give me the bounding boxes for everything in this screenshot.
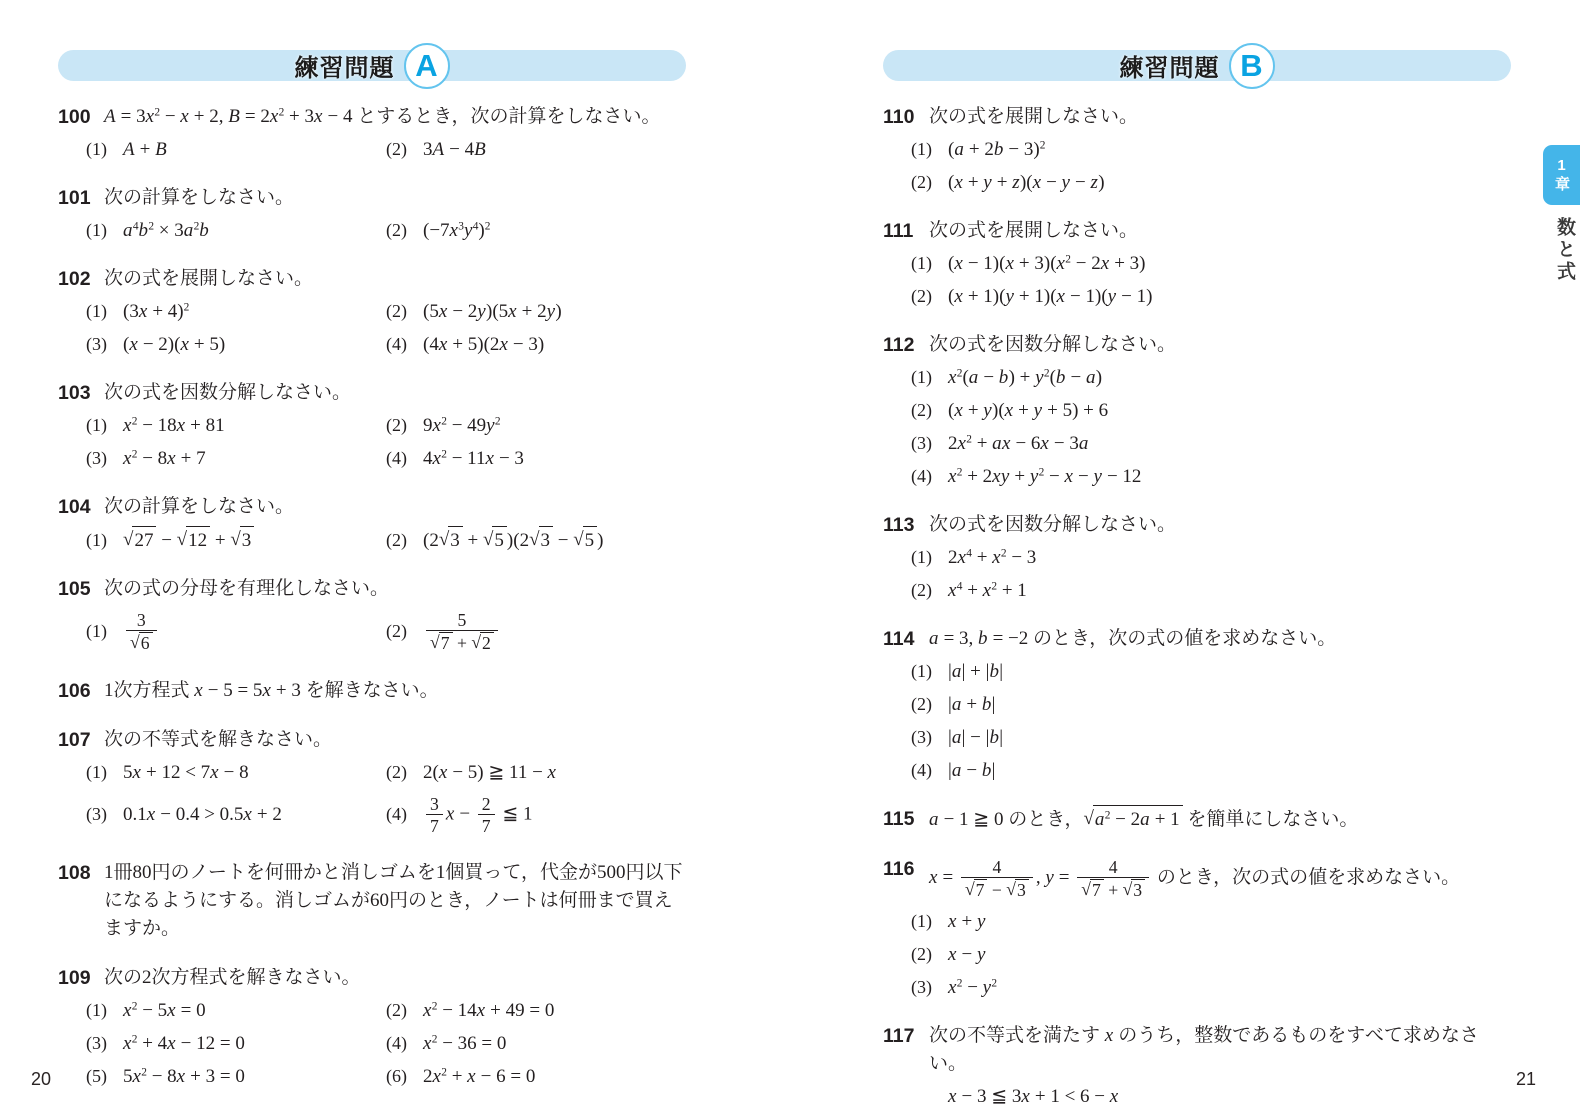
item-label: (3) — [86, 1030, 123, 1057]
problem-items: x − 3 ≦ 3x + 1 < 6 − x — [911, 1083, 1511, 1110]
right-page: 練習問題 B 110次の式を展開しなさい。(1)(a + 2b − 3)2(2)… — [883, 50, 1511, 1110]
item-expression: 2x4 + x2 − 3 — [948, 544, 1511, 571]
problem-101: 101次の計算をしなさい。(1)a4b2 × 3a2b(2)(−7x3y4)2 — [58, 184, 686, 244]
sqrt: √6 — [130, 632, 153, 653]
item-label: (1) — [86, 759, 123, 786]
item-expression: x + y — [948, 908, 1511, 935]
problem-item: (2)(5x − 2y)(5x + 2y) — [386, 298, 686, 325]
problem-stem: 1冊80円のノートを何冊かと消しゴムを1個買って，代金が500円以下になるように… — [104, 859, 686, 943]
problem-113: 113次の式を因数分解しなさい。(1)2x4 + x2 − 3(2)x4 + x… — [883, 511, 1511, 604]
item-expression: x2 + 4x − 12 = 0 — [123, 1030, 386, 1057]
right-problem-list: 110次の式を展開しなさい。(1)(a + 2b − 3)2(2)(x + y … — [883, 103, 1511, 1110]
problem-item: (4)37x − 27 ≦ 1 — [386, 792, 686, 839]
sqrt: √7 — [430, 632, 453, 653]
problem-items: (1)a4b2 × 3a2b(2)(−7x3y4)2 — [86, 217, 686, 244]
problem-item: (4)x2 − 36 = 0 — [386, 1030, 686, 1057]
problem-number: 111 — [883, 217, 929, 245]
practice-header-title: 練習問題 — [295, 48, 395, 83]
problem-item: (5)5x2 − 8x + 3 = 0 — [86, 1063, 386, 1090]
item-expression: |a| − |b| — [948, 724, 1511, 751]
item-label: (6) — [386, 1063, 423, 1090]
item-label: (5) — [86, 1063, 123, 1090]
item-expression: (x + y + z)(x − y − z) — [948, 169, 1511, 196]
problem-items: (1)(3x + 4)2(2)(5x − 2y)(5x + 2y)(3)(x −… — [86, 298, 686, 358]
item-expression: a4b2 × 3a2b — [123, 217, 386, 244]
sqrt: √12 — [177, 526, 210, 554]
problem-item: (2)x − y — [911, 941, 1511, 968]
problem-item: (6)2x2 + x − 6 = 0 — [386, 1063, 686, 1090]
sqrt: √5 — [483, 526, 507, 554]
item-expression: x2 + 2xy + y2 − x − y − 12 — [948, 463, 1511, 490]
fraction: 5√7 + √2 — [426, 610, 498, 654]
problem-item: (3)x2 − 8x + 7 — [86, 445, 386, 472]
problem-114: 114a = 3, b = −2 のとき，次の式の値を求めなさい。(1)|a| … — [883, 625, 1511, 784]
item-expression: x2 − 14x + 49 = 0 — [423, 997, 686, 1024]
item-label: (2) — [386, 136, 423, 163]
problem-items: (1)|a| + |b|(2)|a + b|(3)|a| − |b|(4)|a … — [911, 658, 1511, 784]
item-label: (1) — [86, 217, 123, 244]
item-expression: 5√7 + √2 — [423, 608, 686, 656]
problem-stem: x = 4√7 − √3, y = 4√7 + √3 のとき，次の式の値を求めな… — [929, 855, 1511, 903]
problem-stem: 次の式を展開しなさい。 — [929, 103, 1511, 131]
item-label: (3) — [86, 445, 123, 472]
problem-items: (1)x2(a − b) + y2(b − a)(2)(x + y)(x + y… — [911, 364, 1511, 490]
practice-header-title: 練習問題 — [1120, 48, 1220, 83]
problem-item: (4)(4x + 5)(2x − 3) — [386, 331, 686, 358]
problem-stem: 次の不等式を解きなさい。 — [104, 726, 686, 754]
practice-badge-b: B — [1229, 43, 1275, 89]
item-expression: (−7x3y4)2 — [423, 217, 686, 244]
fraction: 4√7 + √3 — [1077, 857, 1149, 901]
problem-item: (2)x2 − 14x + 49 = 0 — [386, 997, 686, 1024]
problem-item: (1)(x − 1)(x + 3)(x2 − 2x + 3) — [911, 250, 1511, 277]
problem-stem: 次の式を展開しなさい。 — [929, 217, 1511, 245]
item-expression: 5x + 12 < 7x − 8 — [123, 759, 386, 786]
problem-110: 110次の式を展開しなさい。(1)(a + 2b − 3)2(2)(x + y … — [883, 103, 1511, 196]
item-expression: 0.1x − 0.4 > 0.5x + 2 — [123, 801, 386, 828]
problem-stem: A = 3x2 − x + 2, B = 2x2 + 3x − 4 とするとき，… — [104, 103, 686, 131]
problem-stem: a − 1 ≧ 0 のとき，√a2 − 2a + 1 を簡単にしなさい。 — [929, 805, 1511, 834]
problem-number: 107 — [58, 726, 104, 754]
item-label: (3) — [86, 331, 123, 358]
problem-stem: 次の式を因数分解しなさい。 — [929, 511, 1511, 539]
problem-items: (1)x2 − 18x + 81(2)9x2 − 49y2(3)x2 − 8x … — [86, 412, 686, 472]
problem-item: (1)a4b2 × 3a2b — [86, 217, 386, 244]
sqrt: √5 — [573, 526, 597, 554]
item-label: (2) — [386, 759, 423, 786]
item-label: (1) — [911, 908, 948, 935]
item-expression: (x − 2)(x + 5) — [123, 331, 386, 358]
page-number-right: 21 — [1516, 1069, 1536, 1090]
problem-item: (3)|a| − |b| — [911, 724, 1511, 751]
problem-item: (1)√27 − √12 + √3 — [86, 526, 386, 554]
problem-number: 101 — [58, 184, 104, 212]
chapter-number-chip: 1章 — [1543, 145, 1580, 205]
item-label: (2) — [911, 691, 948, 718]
problem-number: 112 — [883, 331, 929, 359]
problem-item: (1)x + y — [911, 908, 1511, 935]
item-label: (2) — [911, 169, 948, 196]
sqrt: √7 — [965, 879, 988, 900]
problem-107: 107次の不等式を解きなさい。(1)5x + 12 < 7x − 8(2)2(x… — [58, 726, 686, 839]
item-label: (1) — [911, 250, 948, 277]
problem-item: (2)5√7 + √2 — [386, 608, 686, 656]
item-expression: x4 + x2 + 1 — [948, 577, 1511, 604]
item-expression: (2√3 + √5)(2√3 − √5) — [423, 526, 686, 554]
item-expression: 2(x − 5) ≧ 11 − x — [423, 759, 686, 786]
item-expression: (a + 2b − 3)2 — [948, 136, 1511, 163]
item-label: (1) — [911, 544, 948, 571]
item-expression: x2 − 8x + 7 — [123, 445, 386, 472]
item-expression: x2 − y2 — [948, 974, 1511, 1001]
item-label: (1) — [86, 412, 123, 439]
problem-item: (1)3√6 — [86, 608, 386, 656]
item-label: (2) — [911, 577, 948, 604]
problem-item: (2)9x2 − 49y2 — [386, 412, 686, 439]
item-label: (2) — [386, 618, 423, 645]
item-expression: (x + 1)(y + 1)(x − 1)(y − 1) — [948, 283, 1511, 310]
item-expression: 2x2 + x − 6 = 0 — [423, 1063, 686, 1090]
problem-112: 112次の式を因数分解しなさい。(1)x2(a − b) + y2(b − a)… — [883, 331, 1511, 490]
problem-number: 116 — [883, 855, 929, 903]
problem-items: (1)(a + 2b − 3)2(2)(x + y + z)(x − y − z… — [911, 136, 1511, 196]
item-label: (2) — [386, 412, 423, 439]
problem-items: (1)5x + 12 < 7x − 8(2)2(x − 5) ≧ 11 − x(… — [86, 759, 686, 839]
problem-105: 105次の式の分母を有理化しなさい。(1)3√6(2)5√7 + √2 — [58, 575, 686, 656]
problem-items: (1)A + B(2)3A − 4B — [86, 136, 686, 163]
problem-109: 109次の2次方程式を解きなさい。(1)x2 − 5x = 0(2)x2 − 1… — [58, 964, 686, 1090]
problem-item: (2)2(x − 5) ≧ 11 − x — [386, 759, 686, 786]
problem-item: (3)2x2 + ax − 6x − 3a — [911, 430, 1511, 457]
item-expression: x2 − 5x = 0 — [123, 997, 386, 1024]
item-label: (2) — [911, 283, 948, 310]
problem-number: 103 — [58, 379, 104, 407]
item-expression: (5x − 2y)(5x + 2y) — [423, 298, 686, 325]
item-expression: |a| + |b| — [948, 658, 1511, 685]
problem-number: 102 — [58, 265, 104, 293]
problem-item: (1)x2 − 18x + 81 — [86, 412, 386, 439]
fraction: 3√6 — [126, 610, 157, 654]
item-expression: x2(a − b) + y2(b − a) — [948, 364, 1511, 391]
problem-items: (1)2x4 + x2 − 3(2)x4 + x2 + 1 — [911, 544, 1511, 604]
item-expression: 37x − 27 ≦ 1 — [423, 792, 686, 839]
problem-items: (1)√27 − √12 + √3(2)(2√3 + √5)(2√3 − √5) — [86, 526, 686, 554]
problem-item: (2)(x + 1)(y + 1)(x − 1)(y − 1) — [911, 283, 1511, 310]
fraction: 37 — [426, 794, 443, 837]
problem-item: (2)(2√3 + √5)(2√3 − √5) — [386, 526, 686, 554]
sqrt: √2 — [471, 632, 494, 653]
problem-item: x − 3 ≦ 3x + 1 < 6 − x — [911, 1083, 1511, 1110]
item-label: (3) — [86, 801, 123, 828]
chapter-title: 数と式 — [1551, 217, 1578, 283]
item-label: (2) — [386, 997, 423, 1024]
sqrt: √3 — [1006, 879, 1029, 900]
problem-item: (3)0.1x − 0.4 > 0.5x + 2 — [86, 792, 386, 839]
item-label: (4) — [386, 801, 423, 828]
problem-item: (1)2x4 + x2 − 3 — [911, 544, 1511, 571]
problem-item: (1)(a + 2b − 3)2 — [911, 136, 1511, 163]
item-expression: 3√6 — [123, 608, 386, 656]
item-label: (4) — [386, 331, 423, 358]
problem-115: 115a − 1 ≧ 0 のとき，√a2 − 2a + 1 を簡単にしなさい。 — [883, 805, 1511, 834]
fraction: 27 — [478, 794, 495, 837]
problem-117: 117次の不等式を満たす x のうち，整数であるものをすべて求めなさい。x − … — [883, 1022, 1511, 1110]
practice-badge-a: A — [404, 43, 450, 89]
item-expression: (4x + 5)(2x − 3) — [423, 331, 686, 358]
problem-100: 100A = 3x2 − x + 2, B = 2x2 + 3x − 4 とする… — [58, 103, 686, 163]
problem-item: (1)x2 − 5x = 0 — [86, 997, 386, 1024]
item-expression: x − y — [948, 941, 1511, 968]
problem-111: 111次の式を展開しなさい。(1)(x − 1)(x + 3)(x2 − 2x … — [883, 217, 1511, 310]
problem-items: (1)x + y(2)x − y(3)x2 − y2 — [911, 908, 1511, 1001]
item-label: (3) — [911, 724, 948, 751]
sqrt: √27 — [123, 526, 156, 554]
item-expression: x − 3 ≦ 3x + 1 < 6 − x — [948, 1083, 1511, 1110]
item-expression: |a + b| — [948, 691, 1511, 718]
problem-item: (2)3A − 4B — [386, 136, 686, 163]
problem-stem: 次の不等式を満たす x のうち，整数であるものをすべて求めなさい。 — [929, 1022, 1511, 1078]
practice-header-a: 練習問題 A — [58, 50, 686, 81]
item-label: (2) — [911, 941, 948, 968]
problem-stem: a = 3, b = −2 のとき，次の式の値を求めなさい。 — [929, 625, 1511, 653]
problem-stem: 次の計算をしなさい。 — [104, 493, 686, 521]
problem-item: (2)(−7x3y4)2 — [386, 217, 686, 244]
problem-number: 110 — [883, 103, 929, 131]
item-expression: (x + y)(x + y + 5) + 6 — [948, 397, 1511, 424]
problem-number: 106 — [58, 677, 104, 705]
item-expression: x2 − 18x + 81 — [123, 412, 386, 439]
problem-item: (2)(x + y + z)(x − y − z) — [911, 169, 1511, 196]
problem-116: 116x = 4√7 − √3, y = 4√7 + √3 のとき，次の式の値を… — [883, 855, 1511, 1001]
problem-stem: 次の計算をしなさい。 — [104, 184, 686, 212]
problem-106: 1061次方程式 x − 5 = 5x + 3 を解きなさい。 — [58, 677, 686, 705]
item-expression: 9x2 − 49y2 — [423, 412, 686, 439]
chapter-number: 1章 — [1551, 157, 1572, 193]
problem-items: (1)3√6(2)5√7 + √2 — [86, 608, 686, 656]
item-expression: x2 − 36 = 0 — [423, 1030, 686, 1057]
fraction: 4√7 − √3 — [961, 857, 1033, 901]
item-label: (3) — [911, 430, 948, 457]
problem-stem: 次の2次方程式を解きなさい。 — [104, 964, 686, 992]
problem-item: (3)(x − 2)(x + 5) — [86, 331, 386, 358]
item-label: (4) — [386, 1030, 423, 1057]
problem-items: (1)x2 − 5x = 0(2)x2 − 14x + 49 = 0(3)x2 … — [86, 997, 686, 1090]
problem-item: (2)|a + b| — [911, 691, 1511, 718]
problem-item: (1)x2(a − b) + y2(b − a) — [911, 364, 1511, 391]
item-label: (4) — [911, 757, 948, 784]
item-label: (2) — [911, 397, 948, 424]
problem-item: (4)|a − b| — [911, 757, 1511, 784]
problem-number: 115 — [883, 805, 929, 834]
page-number-left: 20 — [31, 1069, 51, 1090]
problem-stem: 次の式の分母を有理化しなさい。 — [104, 575, 686, 603]
problem-item: (1)5x + 12 < 7x − 8 — [86, 759, 386, 786]
item-label: (1) — [86, 136, 123, 163]
sqrt: √a2 − 2a + 1 — [1083, 805, 1182, 834]
problem-number: 117 — [883, 1022, 929, 1078]
problem-item: (2)x4 + x2 + 1 — [911, 577, 1511, 604]
practice-header-b: 練習問題 B — [883, 50, 1511, 81]
item-expression: 2x2 + ax − 6x − 3a — [948, 430, 1511, 457]
problem-stem: 次の式を展開しなさい。 — [104, 265, 686, 293]
item-label: (1) — [911, 136, 948, 163]
problem-item: (4)4x2 − 11x − 3 — [386, 445, 686, 472]
item-label: (1) — [86, 527, 123, 554]
sqrt: √7 — [1081, 879, 1104, 900]
item-label: (1) — [911, 658, 948, 685]
problem-item: (1)|a| + |b| — [911, 658, 1511, 685]
problem-104: 104次の計算をしなさい。(1)√27 − √12 + √3(2)(2√3 + … — [58, 493, 686, 554]
item-label: (4) — [386, 445, 423, 472]
problem-stem: 次の式を因数分解しなさい。 — [104, 379, 686, 407]
item-expression: |a − b| — [948, 757, 1511, 784]
textbook-spread: 練習問題 A 100A = 3x2 − x + 2, B = 2x2 + 3x … — [0, 0, 1580, 1118]
item-label: (2) — [386, 527, 423, 554]
item-expression: 3A − 4B — [423, 136, 686, 163]
item-expression: √27 − √12 + √3 — [123, 526, 386, 554]
problem-items: (1)(x − 1)(x + 3)(x2 − 2x + 3)(2)(x + 1)… — [911, 250, 1511, 310]
item-expression: 4x2 − 11x − 3 — [423, 445, 686, 472]
problem-number: 109 — [58, 964, 104, 992]
problem-item: (3)x2 + 4x − 12 = 0 — [86, 1030, 386, 1057]
chapter-tab: 1章 数と式 — [1534, 145, 1580, 283]
problem-102: 102次の式を展開しなさい。(1)(3x + 4)2(2)(5x − 2y)(5… — [58, 265, 686, 358]
left-page: 練習問題 A 100A = 3x2 − x + 2, B = 2x2 + 3x … — [58, 50, 686, 1090]
item-expression: (3x + 4)2 — [123, 298, 386, 325]
item-label: (4) — [911, 463, 948, 490]
item-expression: 5x2 − 8x + 3 = 0 — [123, 1063, 386, 1090]
problem-item: (2)(x + y)(x + y + 5) + 6 — [911, 397, 1511, 424]
problem-item: (1)A + B — [86, 136, 386, 163]
left-problem-list: 100A = 3x2 − x + 2, B = 2x2 + 3x − 4 とする… — [58, 103, 686, 1090]
problem-item: (3)x2 − y2 — [911, 974, 1511, 1001]
sqrt: √3 — [439, 526, 463, 554]
problem-stem: 次の式を因数分解しなさい。 — [929, 331, 1511, 359]
item-expression: (x − 1)(x + 3)(x2 − 2x + 3) — [948, 250, 1511, 277]
problem-stem: 1次方程式 x − 5 = 5x + 3 を解きなさい。 — [104, 677, 686, 705]
problem-number: 100 — [58, 103, 104, 131]
item-label: (1) — [86, 298, 123, 325]
item-label: (2) — [386, 217, 423, 244]
problem-number: 104 — [58, 493, 104, 521]
item-label: (2) — [386, 298, 423, 325]
sqrt: √3 — [1123, 879, 1146, 900]
problem-item: (4)x2 + 2xy + y2 − x − y − 12 — [911, 463, 1511, 490]
item-expression: A + B — [123, 136, 386, 163]
item-label: (1) — [86, 618, 123, 645]
problem-number: 108 — [58, 859, 104, 943]
sqrt: √3 — [529, 526, 553, 554]
sqrt: √3 — [230, 526, 254, 554]
problem-item: (1)(3x + 4)2 — [86, 298, 386, 325]
problem-number: 105 — [58, 575, 104, 603]
problem-number: 113 — [883, 511, 929, 539]
problem-103: 103次の式を因数分解しなさい。(1)x2 − 18x + 81(2)9x2 −… — [58, 379, 686, 472]
problem-number: 114 — [883, 625, 929, 653]
item-label: (1) — [911, 364, 948, 391]
problem-108: 1081冊80円のノートを何冊かと消しゴムを1個買って，代金が500円以下になる… — [58, 859, 686, 943]
item-label: (3) — [911, 974, 948, 1001]
item-label: (1) — [86, 997, 123, 1024]
